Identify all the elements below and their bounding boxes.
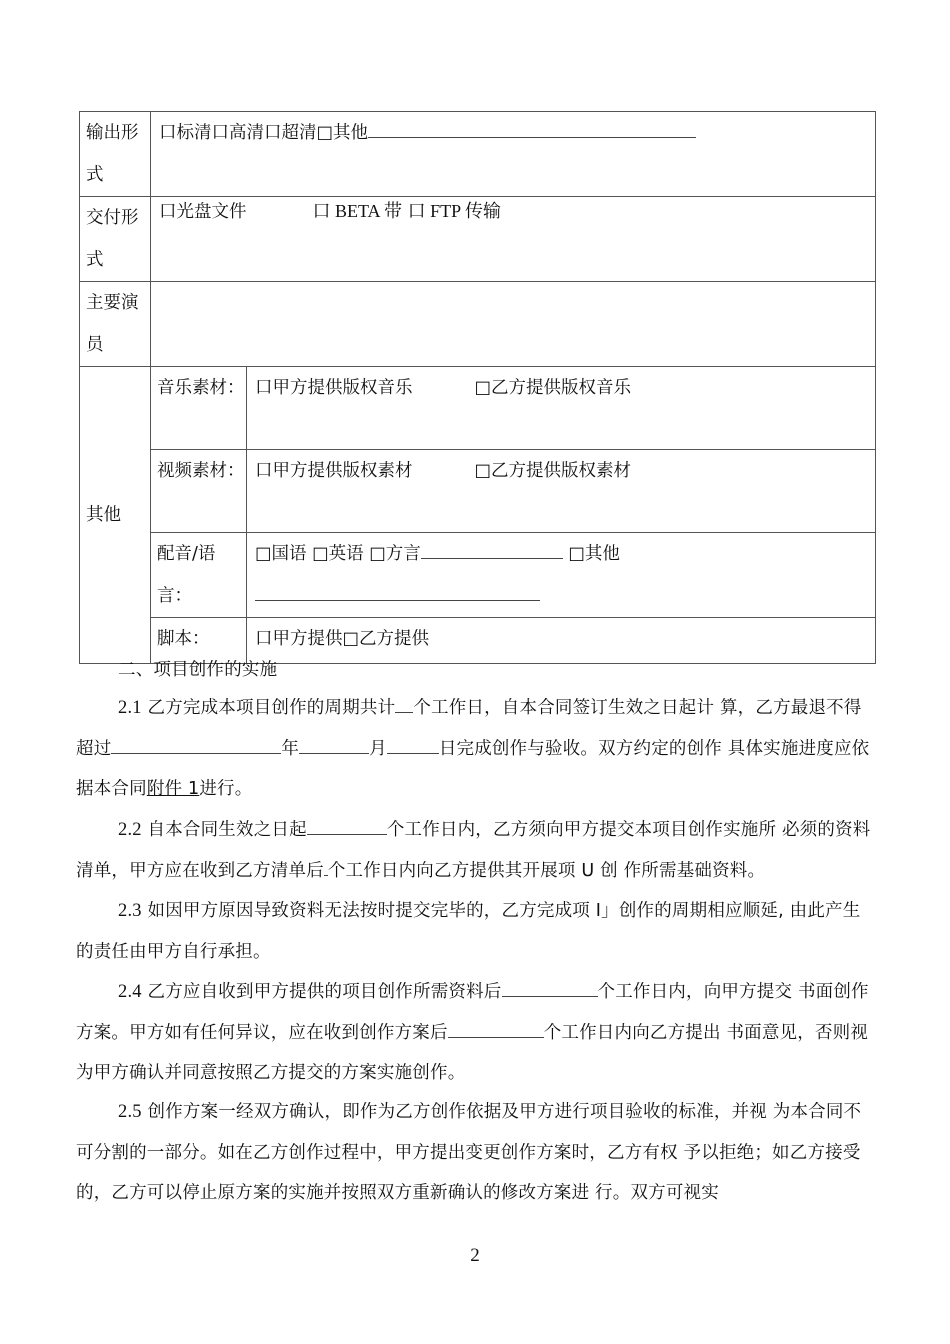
output-format-label: 输出形式 — [80, 112, 151, 197]
section-heading: 二、项目创作的实施 — [118, 650, 920, 690]
row-main-actors: 主要演员 — [80, 282, 876, 367]
dubbing-language-label: 配音/语言： — [151, 533, 247, 618]
checkbox-music-party-b[interactable]: □乙方提供版权音乐 — [475, 378, 632, 398]
dubbing-language-options: □国语 □英语 □方言 □其他 — [247, 533, 876, 618]
document-page: 输出形式 口标清口高清口超清□其他 交付形式 口光盘文件口 BETA 带 口 F… — [0, 0, 950, 1344]
checkbox-video-party-a[interactable]: 口甲方提供版权素材 — [255, 461, 413, 481]
checkbox-sd[interactable]: 口标清 — [159, 123, 212, 143]
checkbox-script-party-a[interactable]: 口甲方提供 — [255, 629, 343, 649]
video-material-options: 口甲方提供版权素材□乙方提供版权素材 — [247, 450, 876, 533]
day-blank[interactable] — [387, 731, 439, 754]
row-delivery-format: 交付形式 口光盘文件口 BETA 带 口 FTP 传输 — [80, 197, 876, 282]
clause-2-3: 2.3 如因甲方原因导致资料无法按时提交完毕的，乙方完成项 I」创作的周期相应顺… — [76, 891, 878, 972]
music-material-options: 口甲方提供版权音乐□乙方提供版权音乐 — [247, 367, 876, 450]
checkbox-beta-tape[interactable]: 口 BETA 带 — [313, 201, 403, 221]
checkbox-video-party-b[interactable]: □乙方提供版权素材 — [475, 461, 632, 481]
dialect-blank[interactable] — [421, 536, 563, 559]
clause-2-1: 2.1 乙方完成本项目创作的周期共计个工作日，自本合同签订生效之日起计 算，乙方… — [76, 688, 878, 810]
main-actors-label: 主要演员 — [80, 282, 151, 367]
row-output-format: 输出形式 口标清口高清口超清□其他 — [80, 112, 876, 197]
clause-2-4: 2.4 乙方应自收到甲方提供的项目创作所需资料后个工作日内，向甲方提交 书面创作… — [76, 972, 878, 1094]
music-material-label: 音乐素材： — [151, 367, 247, 450]
clause-number: 2.5 — [118, 1102, 142, 1122]
cycle-days-blank[interactable] — [395, 690, 413, 713]
clause-number: 2.4 — [118, 982, 142, 1002]
delivery-format-label: 交付形式 — [80, 197, 151, 282]
main-actors-field[interactable] — [151, 282, 876, 367]
other-language-blank[interactable] — [255, 578, 540, 601]
clause-number: 2.1 — [118, 698, 142, 718]
checkbox-mandarin[interactable]: □国语 — [255, 544, 307, 564]
project-spec-table: 输出形式 口标清口高清口超清□其他 交付形式 口光盘文件口 BETA 带 口 F… — [79, 111, 876, 664]
checkbox-script-party-b[interactable]: □乙方提供 — [343, 629, 430, 649]
output-format-options: 口标清口高清口超清□其他 — [151, 112, 876, 197]
checkbox-english[interactable]: □英语 — [312, 544, 364, 564]
page-number: 2 — [0, 1245, 950, 1267]
year-blank[interactable] — [111, 731, 281, 754]
other-label: 其他 — [80, 367, 151, 664]
checkbox-disc-file[interactable]: 口光盘文件 — [159, 202, 247, 222]
checkbox-hd[interactable]: 口高清 — [212, 123, 265, 143]
clause-2-2: 2.2 自本合同生效之日起个工作日内，乙方须向甲方提交本项目创作实施所 必须的资… — [76, 810, 878, 891]
checkbox-other-language[interactable]: □其他 — [568, 544, 620, 564]
checkbox-dialect[interactable]: □方言 — [369, 544, 421, 564]
other-format-blank[interactable] — [368, 115, 696, 138]
video-material-label: 视频素材： — [151, 450, 247, 533]
row-music-material: 其他 音乐素材： 口甲方提供版权音乐□乙方提供版权音乐 — [80, 367, 876, 450]
clause-2-5: 2.5 创作方案一经双方确认，即作为乙方创作依据及甲方进行项目验收的标准，并视 … — [76, 1092, 878, 1214]
clause-number: 2.3 — [118, 901, 142, 921]
delivery-format-options: 口光盘文件口 BETA 带 口 FTP 传输 — [151, 197, 876, 282]
month-blank[interactable] — [299, 731, 369, 754]
checkbox-music-party-a[interactable]: 口甲方提供版权音乐 — [255, 378, 413, 398]
row-video-material: 视频素材： 口甲方提供版权素材□乙方提供版权素材 — [80, 450, 876, 533]
proposal-days-blank[interactable] — [502, 974, 598, 997]
objection-days-blank[interactable] — [448, 1015, 544, 1038]
checkbox-other[interactable]: □其他 — [317, 123, 369, 143]
clause-number: 2.2 — [118, 820, 142, 840]
row-dubbing-language: 配音/语言： □国语 □英语 □方言 □其他 — [80, 533, 876, 618]
checkbox-uhd[interactable]: 口超清 — [264, 123, 317, 143]
checklist-days-blank[interactable] — [307, 812, 387, 835]
appendix-1-link[interactable]: 附件 1 — [147, 779, 200, 799]
checkbox-ftp[interactable]: 口 FTP 传输 — [408, 201, 501, 221]
